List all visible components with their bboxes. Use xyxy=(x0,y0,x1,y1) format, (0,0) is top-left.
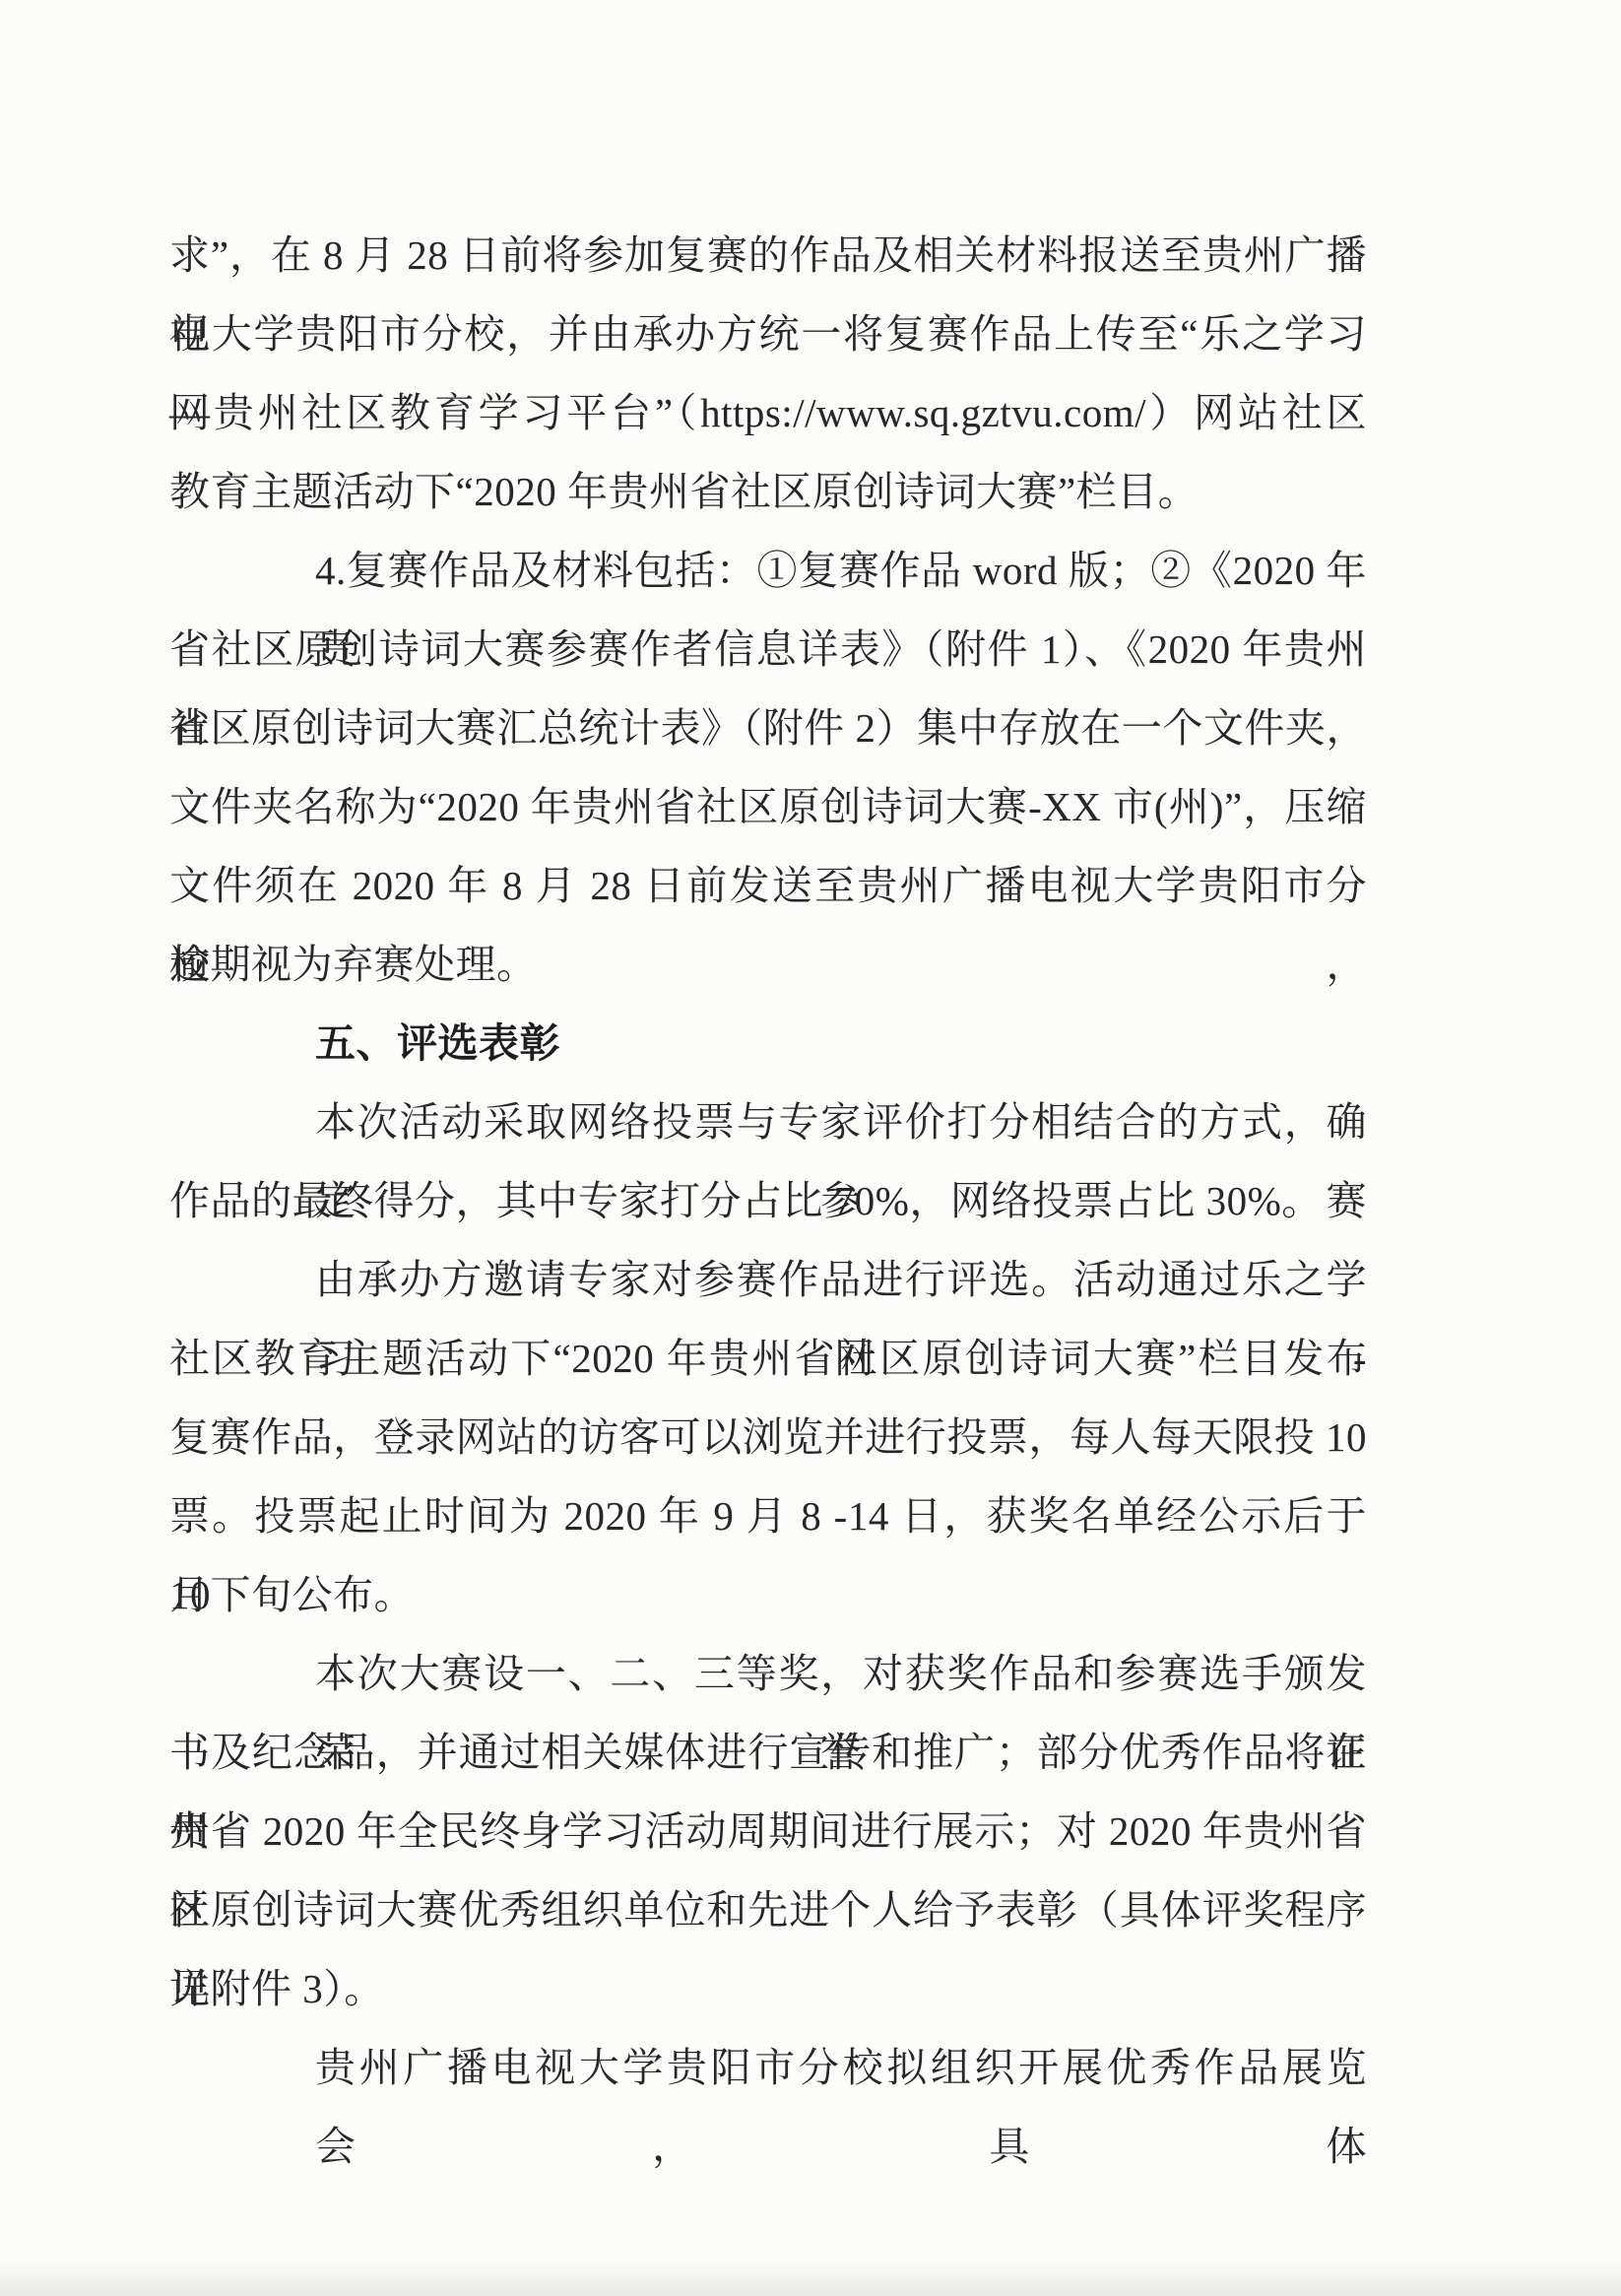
text-line: 本次大赛设一、二、三等奖，对获奖作品和参赛选手颁发荣誉证 xyxy=(169,1634,1367,1713)
document-text-block: 求”，在 8 月 28 日前将参加复赛的作品及相关材料报送至贵州广播电 视大学贵… xyxy=(169,216,1367,2107)
text-line: 作品的最终得分，其中专家打分占比 70%，网络投票占比 30%。 xyxy=(169,1161,1367,1240)
text-line: 由承办方邀请专家对参赛作品进行评选。活动通过乐之学习网- xyxy=(169,1240,1367,1319)
text-line: 文件夹名称为“2020 年贵州省社区原创诗词大赛-XX 市(州)”，压缩 xyxy=(169,767,1367,846)
text-line: 本次活动采取网络投票与专家评价打分相结合的方式，确定参赛 xyxy=(169,1082,1367,1161)
text-line: 求”，在 8 月 28 日前将参加复赛的作品及相关材料报送至贵州广播电 xyxy=(169,216,1367,295)
text-line: 见附件 3）。 xyxy=(169,1949,1367,2028)
text-line: —贵州社区教育学习平台”（https://www.sq.gztvu.com/）网… xyxy=(169,373,1367,452)
text-line: 社区教育主题活动下“2020 年贵州省社区原创诗词大赛”栏目发布 xyxy=(169,1319,1367,1398)
text-line: 复赛作品，登录网站的访客可以浏览并进行投票，每人每天限投 10 xyxy=(169,1398,1367,1476)
text-line: 贵州广播电视大学贵阳市分校拟组织开展优秀作品展览会，具体 xyxy=(169,2028,1367,2107)
text-line: 社区原创诗词大赛汇总统计表》（附件 2）集中存放在一个文件夹， xyxy=(169,689,1367,767)
text-line: 视大学贵阳市分校，并由承办方统一将复赛作品上传至“乐之学习网 xyxy=(169,295,1367,373)
text-line: 教育主题活动下“2020 年贵州省社区原创诗词大赛”栏目。 xyxy=(169,452,1367,531)
text-line: 月下旬公布。 xyxy=(169,1555,1367,1634)
document-page: 求”，在 8 月 28 日前将参加复赛的作品及相关材料报送至贵州广播电 视大学贵… xyxy=(0,0,1621,2296)
text-line: 4.复赛作品及材料包括：①复赛作品 word 版；②《2020 年贵州 xyxy=(169,531,1367,610)
text-line: 省社区原创诗词大赛参赛作者信息详表》（附件 1）、《2020 年贵州省 xyxy=(169,610,1367,689)
section-heading: 五、评选表彰 xyxy=(169,1004,1367,1082)
text-line: 州省 2020 年全民终身学习活动周期间进行展示；对 2020 年贵州省社 xyxy=(169,1792,1367,1870)
text-line: 区原创诗词大赛优秀组织单位和先进个人给予表彰（具体评奖程序详 xyxy=(169,1870,1367,1949)
text-line: 文件须在 2020 年 8 月 28 日前发送至贵州广播电视大学贵阳市分校， xyxy=(169,846,1367,925)
text-line: 票。投票起止时间为 2020 年 9 月 8 -14 日，获奖名单经公示后于 1… xyxy=(169,1476,1367,1555)
text-line: 书及纪念品，并通过相关媒体进行宣传和推广；部分优秀作品将在贵 xyxy=(169,1713,1367,1792)
